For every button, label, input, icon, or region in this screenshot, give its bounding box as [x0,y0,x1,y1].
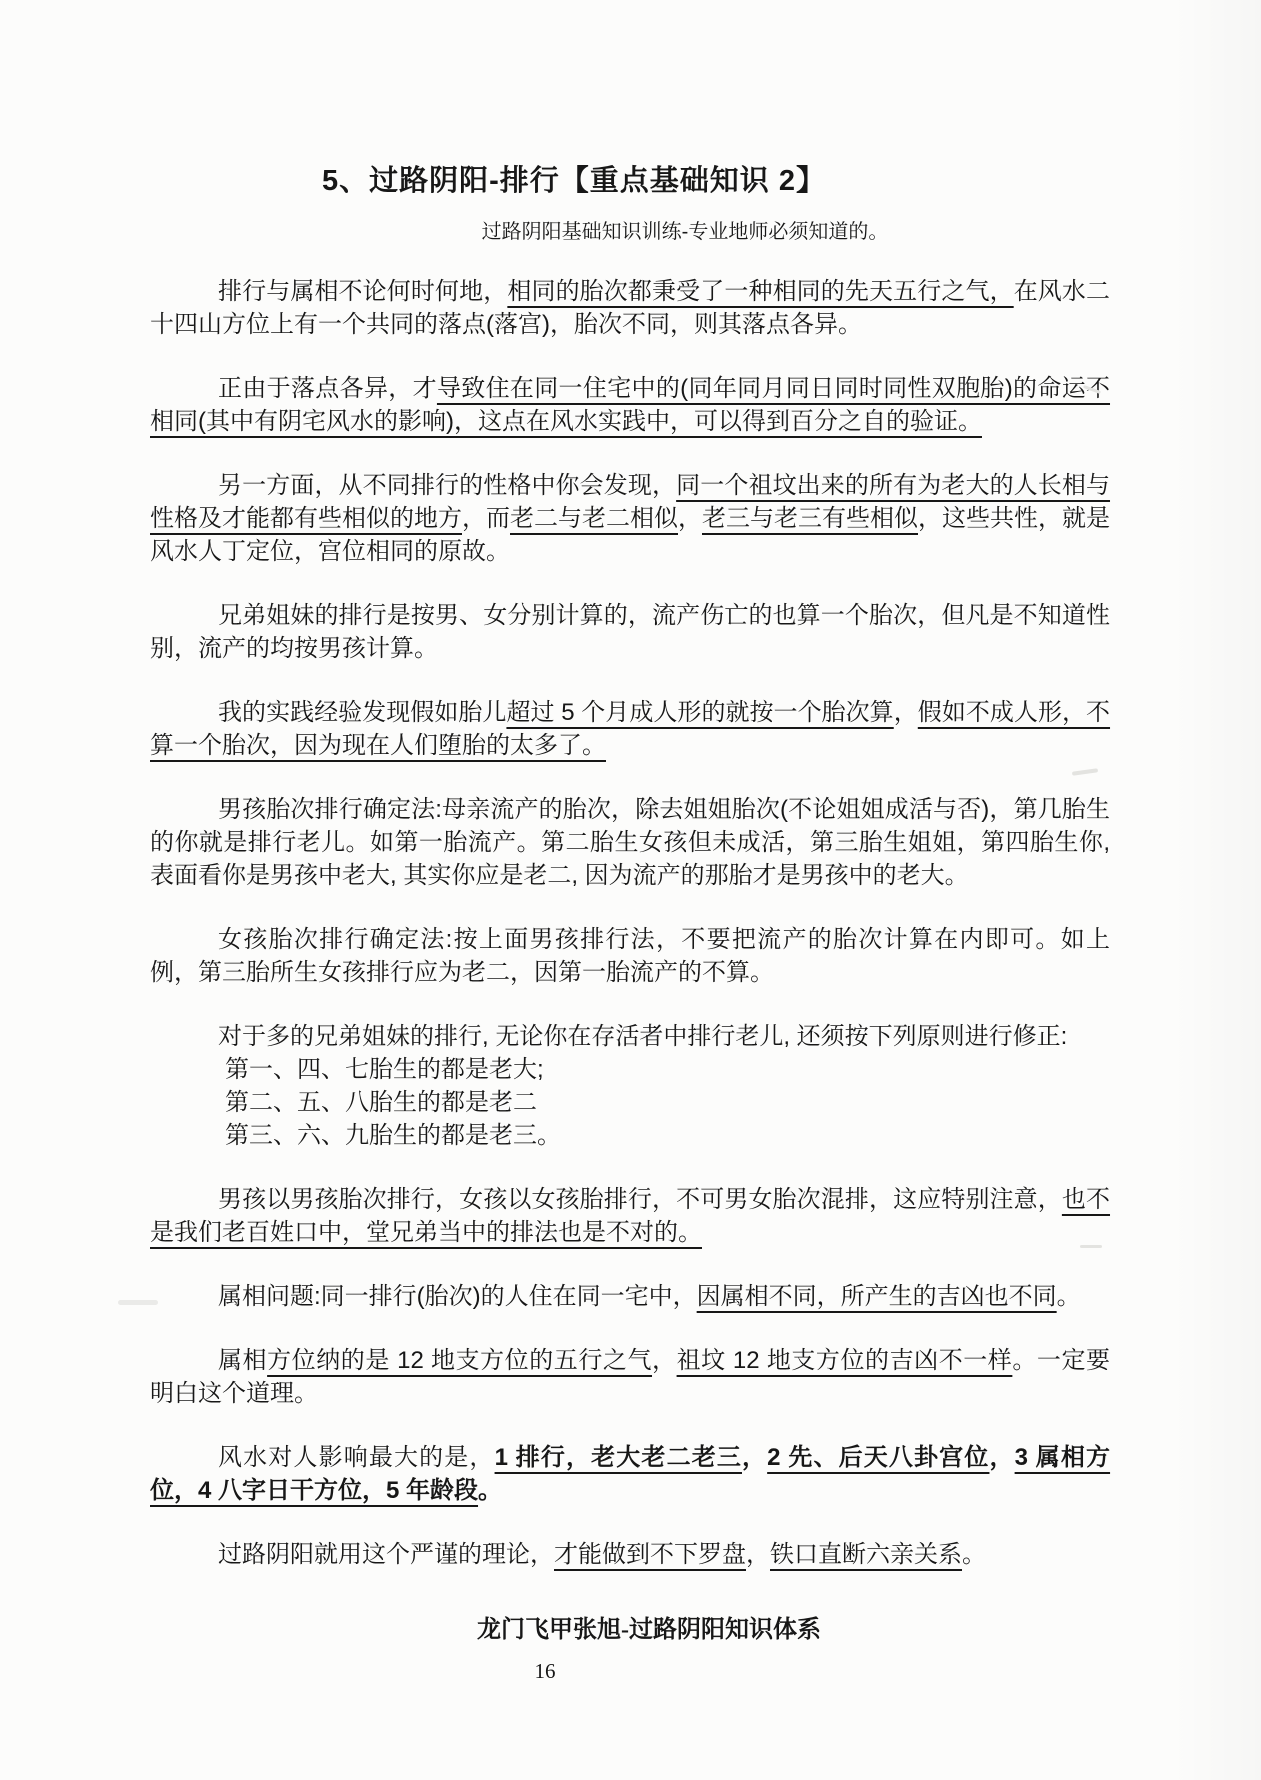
text-run: 正由于落点各异，才 [218,375,437,402]
paragraph: 属相方位纳的是 12 地支方位的五行之气，祖坟 12 地支方位的吉凶不一样。一定… [150,1344,1110,1410]
text-run: 1 排行，老大老二老三 [495,1444,742,1471]
text-run: 属相问题:同一排行(胎次)的人住在同一宅中， [218,1283,697,1310]
text-run: 第二、五、八胎生的都是老二 [225,1089,537,1116]
text-run: 老二与老二相似 [510,505,678,532]
text-run: ， [678,505,702,532]
paragraph: 女孩胎次排行确定法:按上面男孩排行法，不要把流产的胎次计算在内即可。如上例，第三… [150,923,1110,989]
paragraph: 我的实践经验发现假如胎儿超过 5 个月成人形的就按一个胎次算，假如不成人形，不算… [150,696,1110,762]
text-run: 过路阴阳就用这个严谨的理论， [218,1541,554,1568]
paragraph: 正由于落点各异，才导致住在同一住宅中的(同年同月同日同时同性双胞胎)的命运不相同… [150,372,1110,438]
document-content: 5、过路阴阳-排行【重点基础知识 2】 过路阴阳基础知识训练-专业地师必须知道的… [150,0,1110,1684]
text-run: 因属相不同，所产生的吉凶也不同 [697,1283,1057,1310]
paragraph: 兄弟姐妹的排行是按男、女分别计算的，流产伤亡的也算一个胎次，但凡是不知道性别，流… [150,599,1110,665]
text-run: 排行与属相不论何时何地， [218,278,507,305]
scanned-document-page: 5、过路阴阳-排行【重点基础知识 2】 过路阴阳基础知识训练-专业地师必须知道的… [0,0,1261,1780]
list-item: 第一、四、七胎生的都是老大; [150,1053,1110,1086]
text-run: 。 [962,1541,986,1568]
text-run: ， [742,1444,767,1471]
text-run: 老三与老三有些相似 [702,505,918,532]
document-body: 排行与属相不论何时何地，相同的胎次都秉受了一种相同的先天五行之气，在风水二十四山… [150,275,1110,1571]
page-subtitle: 过路阴阳基础知识训练-专业地师必须知道的。 [205,215,1165,244]
text-run: 第三、六、九胎生的都是老三。 [225,1122,561,1149]
text-run: 相同的胎次都秉受了一种相同的先天五行之气， [507,278,1013,305]
text-run: 属相 [218,1347,267,1374]
page-title: 5、过路阴阳-排行【重点基础知识 2】 [94,0,1054,199]
paragraph: 过路阴阳就用这个严谨的理论，才能做到不下罗盘，铁口直断六亲关系。 [150,1538,1110,1571]
text-run: 铁口直断六亲关系 [770,1541,962,1568]
text-run: 。 [478,1477,502,1504]
paragraph: 风水对人影响最大的是，1 排行，老大老二老三，2 先、后天八卦宫位，3 属相方位… [150,1441,1110,1507]
paragraph: 属相问题:同一排行(胎次)的人住在同一宅中，因属相不同，所产生的吉凶也不同。 [150,1280,1110,1313]
text-run: 祖坟 12 地支方位的吉凶不一样 [677,1347,1013,1374]
text-run: 2 先、后天八卦宫位 [767,1444,989,1471]
text-run: 对于多的兄弟姐妹的排行, 无论你在存活者中排行老儿, 还须按下列原则进行修正: [218,1023,1067,1050]
text-run: 第一、四、七胎生的都是老大; [225,1056,544,1083]
paragraph: 排行与属相不论何时何地，相同的胎次都秉受了一种相同的先天五行之气，在风水二十四山… [150,275,1110,341]
paragraph: 对于多的兄弟姐妹的排行, 无论你在存活者中排行老儿, 还须按下列原则进行修正: [150,1020,1110,1053]
text-run: 超过 5 个月成人形的就按一个胎次算 [506,699,893,726]
text-run: ，而 [462,505,510,532]
text-run: 方位纳的是 12 地支方位的五行之气 [267,1347,652,1374]
text-run: 才能做到不下罗盘 [554,1541,746,1568]
paragraph: 男孩胎次排行确定法:母亲流产的胎次，除去姐姐胎次(不论姐姐成活与否)，第几胎生的… [150,793,1110,892]
text-run: 风水对人影响最大的是， [218,1444,495,1471]
text-run: ， [746,1541,770,1568]
text-run: ， [989,1444,1014,1471]
text-run: 兄弟姐妹的排行是按男、女分别计算的，流产伤亡的也算一个胎次，但凡是不知道性别，流… [150,602,1110,662]
footer-text: 龙门飞甲张旭-过路阴阳知识体系 [169,1609,1129,1644]
page-number: 16 [65,1659,1025,1684]
paragraph: 另一方面，从不同排行的性格中你会发现，同一个祖坟出来的所有为老大的人长相与性格及… [150,469,1110,568]
text-run: ， [652,1347,677,1374]
list-item: 第三、六、九胎生的都是老三。 [150,1119,1110,1152]
paragraph: 男孩以男孩胎次排行，女孩以女孩胎排行，不可男女胎次混排，这应特别注意，也不是我们… [150,1183,1110,1249]
text-run: ， [894,699,918,726]
text-run: 男孩以男孩胎次排行，女孩以女孩胎排行，不可男女胎次混排，这应特别注意， [218,1186,1062,1213]
text-run: 。 [1057,1283,1081,1310]
text-run: 另一方面，从不同排行的性格中你会发现， [218,472,676,499]
text-run: 女孩胎次排行确定法:按上面男孩排行法，不要把流产的胎次计算在内即可。如上例，第三… [150,926,1110,986]
text-run: 男孩胎次排行确定法:母亲流产的胎次，除去姐姐胎次(不论姐姐成活与否)，第几胎生的… [150,796,1110,889]
list-item: 第二、五、八胎生的都是老二 [150,1086,1110,1119]
text-run: 我的实践经验发现假如胎儿 [218,699,506,726]
